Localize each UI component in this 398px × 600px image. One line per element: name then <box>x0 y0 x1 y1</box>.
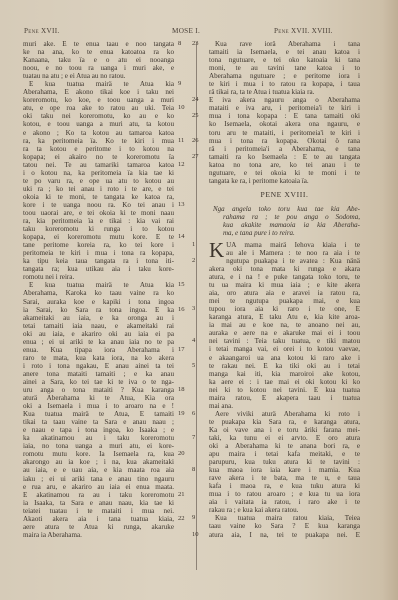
line-text: auraka e aere na e akaruke mai ei i toou <box>209 329 360 337</box>
text-line: mei te ngutupa puakapa mai, e kua <box>209 297 360 305</box>
text-line: taau vaine ko Sara ? E kua karanga <box>209 522 360 530</box>
text-line: enua. Kua tipapa iora Aberahama i17 <box>23 346 174 354</box>
verse-number: 20 <box>178 450 185 458</box>
text-line: akera oki tona mata ki runga e akara <box>209 265 360 273</box>
text-line: ngutupa puakapa i te avatea : Kua nänä2 <box>209 257 360 265</box>
line-text: Kua tuatua maira ratou kiaia, Teiea <box>215 514 360 522</box>
line-text: tu ua maira ki mua iaia ; e kite akera <box>209 281 360 289</box>
line-text: iaku ; ei ui ariki tana e anau tino ngau… <box>23 475 174 483</box>
line-text: Aberahama, Karoka ko taau vaine ra ko <box>23 289 174 297</box>
line-text: nei ki to kotou nei tavini. E kua tuatua <box>209 386 360 394</box>
line-text: rakau ra ; e kua kai akera ratou. <box>209 506 298 514</box>
verse-number: 9 <box>178 80 181 88</box>
line-text: toou uaorai are, e tei okoia ki te moni … <box>23 209 174 217</box>
line-text: tona ngutuare, e tei oko katoaia ki tana <box>209 56 360 64</box>
text-line: E iva akera ngauru anga o Aberahama24 <box>209 96 360 104</box>
text-line: rä tikai ra, ta te Atua i tuatua kiaia r… <box>209 88 360 96</box>
line-text: Ka oi vave ana i e toru äriki farana mei… <box>209 426 360 434</box>
text-line: ia Sarai, ko Sara ra tona ingoa. E ka16 <box>23 306 174 314</box>
verse-number: 7 <box>192 434 204 442</box>
line-text: E kua tuatua mairä te Atua kia <box>29 281 174 289</box>
line-text: maira ia Aberahama. <box>23 531 82 539</box>
text-line: enua ; ei ui ariki te ka anau iaia no te… <box>23 338 174 346</box>
line-text: kafa i maoa ra, e kua tuku atura ki <box>209 482 360 490</box>
text-line: tikai ta taau vaine ta Sara e anau naau … <box>23 418 174 426</box>
verse-number: 13 <box>178 201 185 209</box>
verse-number: 17 <box>178 346 185 354</box>
line-text: manga kai iti, kia maroiroi ake kotou, <box>209 370 360 378</box>
line-text: kopapa; ei akairo no te koreromotu ïa <box>23 153 174 161</box>
text-line: oki a Isemaela i mua i to aroaro na e ! <box>23 402 174 410</box>
line-text: peritomeia te kiri i mua i tona ra kopap… <box>23 249 174 257</box>
text-line: Ka oi vave ana i e toru äriki farana mei… <box>209 426 360 434</box>
line-text: tamaiti ia Isemaela, e tei anau katoa i <box>209 48 360 56</box>
text-line: ka akatinamou au i taku koreromotu <box>23 434 174 442</box>
text-line: kua maoa iora iaia kare i mamia. Kua8 <box>209 466 360 474</box>
line-text: oki taku nei koreromotu, ko au e ko <box>23 112 174 120</box>
line-text: katoa no tona are, ko tei anau i te <box>209 161 360 169</box>
text-line: katoa no tona are, ko tei anau i te <box>209 161 360 169</box>
text-line: aia i vaitata ia ratou, i raro ake i te <box>209 498 360 506</box>
verse-number: 14 <box>178 233 185 241</box>
line-text: aere atura te Atua ki runga, akaruke <box>23 523 174 531</box>
line-text: iaia, no tona uanga a muri atu, ei kore- <box>23 442 174 450</box>
line-text: i roto i tona ngakau, E anau ainei ta te… <box>23 362 174 370</box>
line-text: ia Sarai, ko Sara ra tona ingoa. E ka <box>23 306 174 314</box>
text-line: te rakau nei. E ka tiki oki au i tetai5 <box>209 362 360 370</box>
line-text: kopapa, ei koreromotu mutu kore. E te <box>23 233 174 241</box>
summary-line: Nga angela toko toru kua tae kia Abe- <box>213 205 360 213</box>
text-line: ia mai au e koe na, te anoano nei au, <box>209 321 360 329</box>
line-text: te kiri i mua i to ratou ra kopapa, i ta… <box>209 80 360 88</box>
line-text: tamaiti ra ko Isemaela : E te au tangata <box>209 153 360 161</box>
text-line: e rua aru, e akariro au iaia ei enua maa… <box>23 483 174 491</box>
line-text: ngutupa puakapa i te avatea : Kua nänä <box>226 257 360 265</box>
text-line: Kua tuatua maira ratou kiaia, Teiea9 <box>209 514 360 522</box>
line-text: koreromotu, ko koe, e toou uanga a muri <box>23 96 174 104</box>
line-text: au ale i Mamera : te noo ra aia i te <box>226 249 360 257</box>
line-text: mataiti e iva aru, i peritomeia'i te kir… <box>209 104 360 112</box>
chapter-summary: Nga angela toko toru kua tae kia Abe-rah… <box>209 205 360 237</box>
text-line: rä i peritomeia'i a Aberahama, e tana <box>209 145 360 153</box>
text-line: ko Isemaela, okotai akera ona ngauru, e <box>209 120 360 128</box>
text-line: i tetai manga vai, ei orei i to kotou va… <box>209 345 360 353</box>
verse-number: 27 <box>192 153 204 161</box>
text-line: ra ta kotou e peritome i to kotou na <box>23 145 174 153</box>
text-line: i o kotou na, ka peritomeia ïa kia tae k… <box>23 169 174 177</box>
line-text: te rakau nei. E ka tiki oki au i tetai <box>209 362 360 370</box>
line-text: E iva akera ngauru anga o Aberahama <box>209 96 360 104</box>
line-text: Aberahama, E akono tikai koe i taku nei <box>23 88 174 96</box>
text-line: manga kai iti, kia maroiroi ake kotou, <box>209 370 360 378</box>
line-text: oki a Aberahama ki te anana bori ra, e <box>209 442 360 450</box>
text-line: noou, e no toou ra uanga i muri ake, e <box>23 64 174 72</box>
text-line: toou uaorai are, e tei okoia ki te moni … <box>23 209 174 217</box>
line-text: raro te mata, kua kata iora, na ko akera <box>23 354 174 362</box>
line-text: ka tipu keia taua tangata ra i tona iti- <box>23 257 174 265</box>
text-line: Aberahama ngutuare ; e peritome iora i <box>209 72 360 80</box>
text-line: aturä Aberahama ki te Atua, Kia ora <box>23 394 174 402</box>
text-line: te po varu ra, e ope ua atu to kotou au <box>23 177 174 185</box>
text-line: romotu nei i reira. <box>23 273 174 281</box>
line-text: Akaoti akera aia i tana tuatua kiaia, <box>23 515 174 523</box>
verse-number: 18 <box>178 386 185 394</box>
line-text: oki au iaia, e akariro oki au iaia ei pa <box>23 330 174 338</box>
line-text: au iaia, e e uau aia, e kia maata roa ai… <box>23 466 174 474</box>
line-text: Kua rave iorä Aberahama i tana <box>215 40 360 48</box>
text-line: muri ake. E te enua taau e noo tangata8 <box>23 40 174 48</box>
line-text: te puakapa kia Sara ra, e karanga atura, <box>209 418 360 426</box>
text-line: Kanaana, taku ïa e o atu ei nooanga <box>23 56 174 64</box>
running-head-right: Pene XVII. XVIII. <box>274 27 333 35</box>
right-column: Kua rave iorä Aberahama i tana23tamaiti … <box>209 40 360 539</box>
line-text: kotou, e toou uanga a muri atu, ta kotou <box>23 120 174 128</box>
line-text: i o kotou na, ka peritomeia ïa kia tae k… <box>23 169 174 177</box>
line-text: e akono ; Ko ta kotou au tamaroa katoa <box>23 129 174 137</box>
text-line: E akatinamou ra au i taku koreromotu21 <box>23 491 174 499</box>
line-text: ra, ka peritomeia ïa. Ko te kiri i mua <box>23 137 174 145</box>
line-text: aia i vaitata ia ratou, i raro ake i te <box>209 498 360 506</box>
line-text: nei tavini : Teia taku tuatua, e tiki ma… <box>209 337 360 345</box>
text-line: te puakapa kia Sara ra, e karanga atura, <box>209 418 360 426</box>
line-text: Aere viviki aturä Aberahama ki roto i <box>215 410 360 418</box>
text-line: peritomeia te kiri i mua i tona ra kopap… <box>23 249 174 257</box>
text-line: romotu mutu kore. Ia Isemaela ra, kua20 <box>23 450 174 458</box>
text-line: ra, ka peritomeia ïa. Ko te kiri i mua11 <box>23 137 174 145</box>
line-text: taau vaine ko Sara ? E kua karanga <box>209 522 360 530</box>
line-text: moni, te au tavini tane katoa i to <box>209 64 360 72</box>
line-text: e rua aru, e akariro au iaia ei enua maa… <box>23 483 174 491</box>
line-text: teiatei tuatau i te mataiti i mua nei. <box>23 507 174 515</box>
line-text: tangata ra; kua utikau aia i taku kore- <box>23 265 174 273</box>
text-line: atu, e ope roa ake to ratou au uki. Teia… <box>23 104 174 112</box>
text-line: aere atura te Atua ki runga, akaruke <box>23 523 174 531</box>
summary-line: rahama ra ; te pou anga o Sodoma, <box>213 213 360 221</box>
text-line: E kua tuatua mairä te Atua kia15 <box>23 281 174 289</box>
verse-number: 21 <box>178 491 185 499</box>
text-line: nei ki to kotou nei tavini. E kua tuatua <box>209 386 360 394</box>
verse-number: 8 <box>192 466 204 474</box>
text-line: taki, ka tunu ei ei arvto. E oro atura7 <box>209 434 360 442</box>
line-text: tikai ta taau vaine ta Sara e anau naau … <box>23 418 174 426</box>
line-text: aia, oro atura aia e aravei ia ratou ra, <box>209 289 360 297</box>
verse-number: 16 <box>178 306 185 314</box>
running-head-center: MOSE I. <box>172 27 200 35</box>
book-page: Pene XVII. MOSE I. Pene XVII. XVIII. mur… <box>0 0 398 600</box>
text-line: Aberahama, E akono tikai koe i taku nei <box>23 88 174 96</box>
line-text: noou, e no toou ra uanga i muri ake, e <box>23 64 174 72</box>
line-text: muri ake. E te enua taau e noo tangata <box>23 40 174 48</box>
line-text: atu, e ope roa ake to ratou au uki. Teia <box>23 104 174 112</box>
text-line: E kua tuatua mairä te Atua kia9 <box>23 80 174 88</box>
verse-number: 1 <box>192 241 204 249</box>
text-line: Kua tuatua mairä te Atua, E tamaiti19 <box>23 410 174 418</box>
text-line: okoia ki te moni, te tangata ke katoa ra… <box>23 193 174 201</box>
verse-number: 24 <box>192 96 204 104</box>
text-line: Aere viviki aturä Aberahama ki roto i6 <box>209 410 360 418</box>
verse-number: 11 <box>178 137 184 145</box>
line-text: okoia ki te moni, te tangata ke katoa ra… <box>23 193 174 201</box>
text-line: kore i te uanga noou ra. Ko tei anau i13 <box>23 201 174 209</box>
text-line: i roto i tona ngakau, E anau ainei ta te… <box>23 362 174 370</box>
text-line: raro te mata, kua kata iora, na ko akera <box>23 354 174 362</box>
text-line: rakau ra ; e kua kai akera ratou. <box>209 506 360 514</box>
line-text: kore i te uanga noou ra. Ko tei anau i <box>23 201 174 209</box>
line-text: ka aere ei : i tae mai ei oki kotou ki k… <box>209 378 360 386</box>
right-column-verses-ch17: Kua rave iorä Aberahama i tana23tamaiti … <box>209 40 360 185</box>
text-line: koreromotu, ko koe, e toou uanga a muri <box>23 96 174 104</box>
line-text: Aberahama ngutuare ; e peritome iora i <box>209 72 360 80</box>
line-text: tetai tamaiti iaia naau, e akameitaki ra… <box>23 322 174 330</box>
line-text: tatou nei. Te au tamariki tamaroa katoa <box>23 161 174 169</box>
text-line: iaia, no tona uanga a muri atu, ei kore- <box>23 442 174 450</box>
line-text: oki a Isemaela i mua i to aroaro na e ! <box>23 402 174 410</box>
text-line: tangata ke ra, i peritome katoaia ïa. <box>209 177 360 185</box>
line-text: rave akera i te bata, ma te u, e taua <box>209 474 360 482</box>
text-line: moni, te au tavini tane katoa i to <box>209 64 360 72</box>
text-line: ke na ana, ko te enua katoatoa ra ko <box>23 48 174 56</box>
text-line: mataiti e iva aru, i peritomeia'i te kir… <box>209 104 360 112</box>
line-text: rä tikai ra, ta te Atua i tuatua kiaia r… <box>209 88 314 96</box>
text-line: tatou nei. Te au tamariki tamaroa katoa1… <box>23 161 174 169</box>
text-line: ainei a Sara, ko tei tae ki te iva o te … <box>23 378 174 386</box>
line-text: romotu nei i reira. <box>23 273 74 281</box>
line-text: UA mama mairä Iehova kiaia i te <box>226 241 360 249</box>
verse-number: 23 <box>192 40 204 48</box>
text-line: oki au iaia, e akariro oki au iaia ei pa <box>23 330 174 338</box>
line-text: apu maira i tetai kafa meitaki, e te <box>209 450 360 458</box>
text-line: kopapa; ei akairo no te koreromotu ïa <box>23 153 174 161</box>
text-line: kafa i maoa ra, e kua tuku atura ki <box>209 482 360 490</box>
line-text: akarongo au ia koe ; i na, kua akameitak… <box>23 458 174 466</box>
text-line: tamaiti ia Isemaela, e tei anau katoa i <box>209 48 360 56</box>
verse-number: 22 <box>178 515 185 523</box>
text-line: Akaoti akera aia i tana tuatua kiaia,22 <box>23 515 174 523</box>
verse-number: 8 <box>178 40 181 48</box>
text-line: rave akera i te bata, ma te u, e taua <box>209 474 360 482</box>
line-text: taki, ka tunu ei ei arvto. E oro atura <box>209 434 360 442</box>
text-line: ka tipu keia taua tangata ra i tona iti- <box>23 257 174 265</box>
verse-number: 4 <box>192 337 204 345</box>
text-line: apu maira i tetai kafa meitaki, e te <box>209 450 360 458</box>
text-line: UA mama mairä Iehova kiaia i te1 <box>209 241 360 249</box>
line-text: mei te ngutupa puakapa mai, e kua <box>209 297 360 305</box>
line-text: tupou iora aia ki raro i te one, E <box>209 305 360 313</box>
line-text: atura aia, I na, tei te puakapa nei. E <box>209 531 360 539</box>
text-line: akarongo au ia koe ; i na, kua akameitak… <box>23 458 174 466</box>
verse-number: 25 <box>192 112 204 120</box>
text-line: mai ana. <box>209 402 360 410</box>
line-text: e akaangaroi ua ana kotou ki raro ake i <box>209 354 360 362</box>
line-text: tangata ke ra, i peritome katoaia ïa. <box>209 177 309 185</box>
right-column-verses-ch18: K UA mama mairä Iehova kiaia i te1au ale… <box>209 241 360 539</box>
line-text: Sarai, auraka koe e kapiki i tona ingoa <box>23 298 174 306</box>
text-line: mua i tona kopapa : E tana tamaiti oki25 <box>209 112 360 120</box>
text-line: tetai tamaiti iaia naau, e akameitaki ra… <box>23 322 174 330</box>
text-line: tangata ra; kua utikau aia i taku kore- <box>23 265 174 273</box>
line-text: ia mai au e koe na, te anoano nei au, <box>209 321 360 329</box>
verse-number: 9 <box>192 514 204 522</box>
line-text: akera oki tona mata ki runga e akara <box>209 265 360 273</box>
line-text: taku koreromotu ki runga i to kotou <box>23 225 174 233</box>
text-line: maira ia Aberahama. <box>23 531 174 539</box>
text-line: kotou, e toou uanga a muri atu, ta kotou <box>23 120 174 128</box>
running-head: Pene XVII. MOSE I. Pene XVII. XVIII. <box>24 27 360 39</box>
verse-number: 3 <box>192 305 204 313</box>
line-text: ko Isemaela, okotai akera ona ngauru, e <box>209 120 360 128</box>
text-line: Aberahama, Karoka ko taau vaine ra ko <box>23 289 174 297</box>
text-line: mua i to ratou aroaro ; e kua tu ua iora <box>209 490 360 498</box>
chapter-title: PENE XVIII. <box>209 191 360 201</box>
line-text: te po varu ra, e ope ua atu to kotou au <box>23 177 174 185</box>
text-line: akameitaki au iaia, e ka oronga au i <box>23 314 174 322</box>
text-line: aia, oro atura aia e aravei ia ratou ra, <box>209 289 360 297</box>
text-line: ra, kia peritomeia ïa e tikai : kia vai … <box>23 217 174 225</box>
summary-line: ma, e tana pure i to reira. <box>213 229 360 237</box>
text-line: atura aia, I na, tei te puakapa nei. E10 <box>209 531 360 539</box>
text-line: mua i tona ra kopapa. Okotai ö rana26 <box>209 137 360 145</box>
text-line: tamaiti ra ko Isemaela : E te au tangata… <box>209 153 360 161</box>
text-line: tupou iora aia ki raro i te one, E3 <box>209 305 360 313</box>
text-line: tane peritome koreia ra, ko tei kore i <box>23 241 174 249</box>
line-text: ra, kia peritomeia ïa e tikai : kia vai … <box>23 217 174 225</box>
text-line: toru aru te mataiti, i peritomeia'i te k… <box>209 129 360 137</box>
verse-number: 26 <box>192 137 204 145</box>
verse-number: 19 <box>178 410 185 418</box>
text-line: tuatau na atu ; e ei Atua au no ratou. <box>23 72 174 80</box>
text-line: te kiri i mua i to ratou ra kopapa, i ta… <box>209 80 360 88</box>
line-text: ke na ana, ko te enua katoatoa ra ko <box>23 48 174 56</box>
text-line: oki taku nei koreromotu, ko au e ko <box>23 112 174 120</box>
text-line: au ale i Mamera : te noo ra aia i te <box>209 249 360 257</box>
line-text: atura, e i na ! e puke tangata toko toru… <box>209 273 360 281</box>
text-line: tu ua maira ki mua iaia ; e kite akera <box>209 281 360 289</box>
line-text: akameitaki au iaia, e ka oronga au i <box>23 314 174 322</box>
verse-number: 15 <box>178 281 185 289</box>
text-line: kopapa, ei koreromotu mutu kore. E te14 <box>23 233 174 241</box>
line-text: E kua tuatua mairä te Atua kia <box>29 80 174 88</box>
line-text: uki ra ; ko tei anau i roto i te are, e … <box>23 185 174 193</box>
left-column: muri ake. E te enua taau e noo tangata8k… <box>23 40 174 539</box>
line-text: mai ana. <box>209 402 233 410</box>
line-text: Kanaana, taku ïa e o atu ei nooanga <box>23 56 174 64</box>
verse-number: 10 <box>192 531 204 539</box>
line-text: ka akatinamou au i taku koreromotu <box>23 434 174 442</box>
text-line: atura, e i na ! e puke tangata toko toru… <box>209 273 360 281</box>
verse-number: 2 <box>192 257 204 265</box>
summary-line: kua akakite mamaoia ia kia Aberaha- <box>213 221 360 229</box>
line-text: enua ; ei ui ariki te ka anau iaia no te… <box>23 338 174 346</box>
text-line: karanga atura, E taku Atu e, kia kite ar… <box>209 313 360 321</box>
text-line: teiatei tuatau i te mataiti i mua nei. <box>23 507 174 515</box>
verse-number: 5 <box>192 362 204 370</box>
line-text: Kua tuatua mairä te Atua, E tamaiti <box>23 410 174 418</box>
line-text: mua i tona ra kopapa. Okotai ö rana <box>209 137 360 145</box>
line-text: toru aru te mataiti, i peritomeia'i te k… <box>209 129 360 137</box>
text-line: parupuru, kua tuku atura ki te tavini : <box>209 458 360 466</box>
text-line: uru anga o tona mataiti ? Kua karanga18 <box>23 386 174 394</box>
running-head-left: Pene XVII. <box>24 27 59 35</box>
line-text: karanga atura, E taku Atu e, kia kite ar… <box>209 313 360 321</box>
line-text: i tetai manga vai, ei orei i to kotou va… <box>209 345 360 353</box>
line-text: E akatinamou ra au i taku koreromotu <box>23 491 174 499</box>
text-line: anere tona mataiti tamaiti ; e ka anau <box>23 370 174 378</box>
text-line: ngutuare, e tei okoia ki te moni i te <box>209 169 360 177</box>
text-line: e akono ; Ko ta kotou au tamaroa katoa <box>23 129 174 137</box>
text-line: oki a Aberahama ki te anana bori ra, e <box>209 442 360 450</box>
line-text: uru anga o tona mataiti ? Kua karanga <box>23 386 174 394</box>
text-line: taku koreromotu ki runga i to kotou <box>23 225 174 233</box>
text-line: e akaangaroi ua ana kotou ki raro ake i <box>209 354 360 362</box>
text-line: iaku ; ei ui ariki tana e anau tino ngau… <box>23 475 174 483</box>
line-text: mua i to ratou aroaro ; e kua tu ua iora <box>209 490 360 498</box>
verse-number: 10 <box>178 104 185 112</box>
line-text: rä i peritomeia'i a Aberahama, e tana <box>209 145 360 153</box>
line-text: maira ratou, E akapera taau i tuatua <box>209 394 360 402</box>
text-line: Kua rave iorä Aberahama i tana23 <box>209 40 360 48</box>
line-text: anere tona mataiti tamaiti ; e ka anau <box>23 370 174 378</box>
verse-number: 12 <box>178 161 185 169</box>
line-text: tane peritome koreia ra, ko tei kore i <box>23 241 174 249</box>
text-line: tona ngutuare, e tei oko katoaia ki tana <box>209 56 360 64</box>
line-text: e naau e tapa i tona ingoa, ko Isaaka ; … <box>23 426 174 434</box>
text-line: nei tavini : Teia taku tuatua, e tiki ma… <box>209 337 360 345</box>
text-line: uki ra ; ko tei anau i roto i te are, e … <box>23 185 174 193</box>
line-text: aturä Aberahama ki te Atua, Kia ora <box>23 394 174 402</box>
line-text: kua maoa iora iaia kare i mamia. Kua <box>209 466 360 474</box>
line-text: romotu mutu kore. Ia Isemaela ra, kua <box>23 450 174 458</box>
line-text: ia Isaaka, ta Sara e anau naau, kia tae … <box>23 499 174 507</box>
text-line: maira ratou, E akapera taau i tuatua <box>209 394 360 402</box>
text-line: ia Isaaka, ta Sara e anau naau, kia tae … <box>23 499 174 507</box>
line-text: tuatau na atu ; e ei Atua au no ratou. <box>23 72 125 80</box>
line-text: mua i tona kopapa : E tana tamaiti oki <box>209 112 360 120</box>
text-line: Sarai, auraka koe e kapiki i tona ingoa <box>23 298 174 306</box>
line-text: parupuru, kua tuku atura ki te tavini : <box>209 458 360 466</box>
line-text: ngutuare, e tei okoia ki te moni i te <box>209 169 360 177</box>
text-line: auraka e aere na e akaruke mai ei i toou <box>209 329 360 337</box>
line-text: enua. Kua tipapa iora Aberahama i <box>23 346 174 354</box>
text-line: au iaia, e e uau aia, e kia maata roa ai… <box>23 466 174 474</box>
line-text: ainei a Sara, ko tei tae ki te iva o te … <box>23 378 174 386</box>
text-line: ka aere ei : i tae mai ei oki kotou ki k… <box>209 378 360 386</box>
line-text: ra ta kotou e peritome i to kotou na <box>23 145 174 153</box>
verse-number: 6 <box>192 410 204 418</box>
text-line: e naau e tapa i tona ingoa, ko Isaaka ; … <box>23 426 174 434</box>
